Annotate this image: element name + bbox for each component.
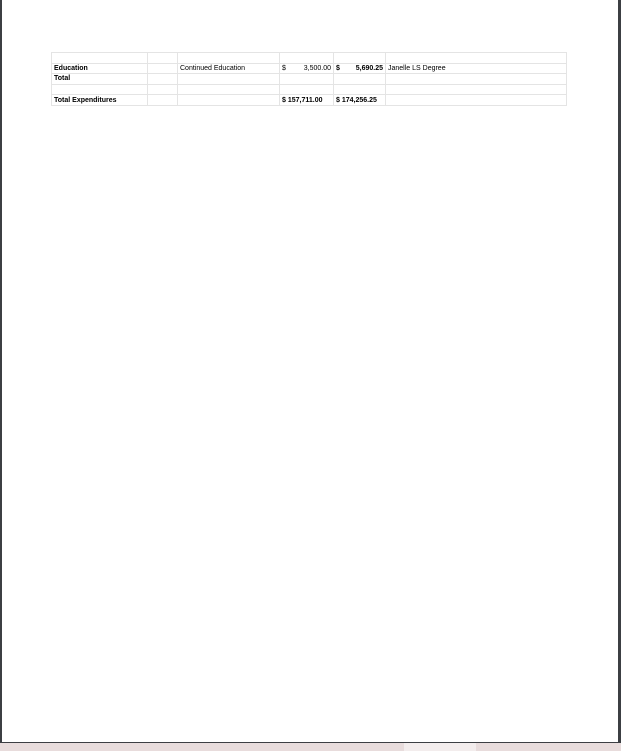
budget-amount: 3,500.00 <box>304 64 331 73</box>
scrollbar-thumb[interactable] <box>404 743 476 751</box>
description-cell <box>178 95 280 106</box>
category-cell: Total <box>52 74 148 85</box>
actual-cell <box>334 53 386 64</box>
actual-cell: $ 5,690.25 <box>334 63 386 74</box>
table-row <box>52 53 567 64</box>
table-row: Education Continued Education $ 3,500.00… <box>52 63 567 74</box>
budget-cell <box>280 74 334 85</box>
description-cell <box>178 53 280 64</box>
budget-currency: $ <box>282 64 286 73</box>
budget-cell: $ 3,500.00 <box>280 63 334 74</box>
description-cell: Continued Education <box>178 63 280 74</box>
actual-currency: $ <box>336 64 340 73</box>
category-cell: Total Expenditures <box>52 95 148 106</box>
table-row: Total <box>52 74 567 85</box>
notes-cell <box>386 84 567 95</box>
category-cell <box>52 84 148 95</box>
actual-cell: $ 174,256.25 <box>334 95 386 106</box>
notes-cell: Janelle LS Degree <box>386 63 567 74</box>
actual-currency: $ <box>336 97 340 104</box>
empty-cell <box>148 63 178 74</box>
horizontal-scrollbar[interactable] <box>0 743 621 751</box>
table-row: Total Expenditures $ 157,711.00 $ 174,25… <box>52 95 567 106</box>
document-page: Education Continued Education $ 3,500.00… <box>2 0 618 742</box>
expenditure-table: Education Continued Education $ 3,500.00… <box>51 52 567 106</box>
empty-cell <box>148 74 178 85</box>
table-row <box>52 84 567 95</box>
actual-amount: 5,690.25 <box>356 64 383 73</box>
actual-cell <box>334 74 386 85</box>
budget-cell <box>280 84 334 95</box>
actual-amount: 174,256.25 <box>342 97 377 104</box>
budget-cell: $ 157,711.00 <box>280 95 334 106</box>
notes-cell <box>386 74 567 85</box>
document-viewer: Education Continued Education $ 3,500.00… <box>0 0 621 751</box>
budget-currency: $ <box>282 97 286 104</box>
budget-amount: 157,711.00 <box>288 97 323 104</box>
description-cell <box>178 74 280 85</box>
empty-cell <box>148 53 178 64</box>
category-cell: Education <box>52 63 148 74</box>
empty-cell <box>148 95 178 106</box>
empty-cell <box>148 84 178 95</box>
actual-cell <box>334 84 386 95</box>
notes-cell <box>386 53 567 64</box>
category-cell <box>52 53 148 64</box>
budget-cell <box>280 53 334 64</box>
description-cell <box>178 84 280 95</box>
notes-cell <box>386 95 567 106</box>
